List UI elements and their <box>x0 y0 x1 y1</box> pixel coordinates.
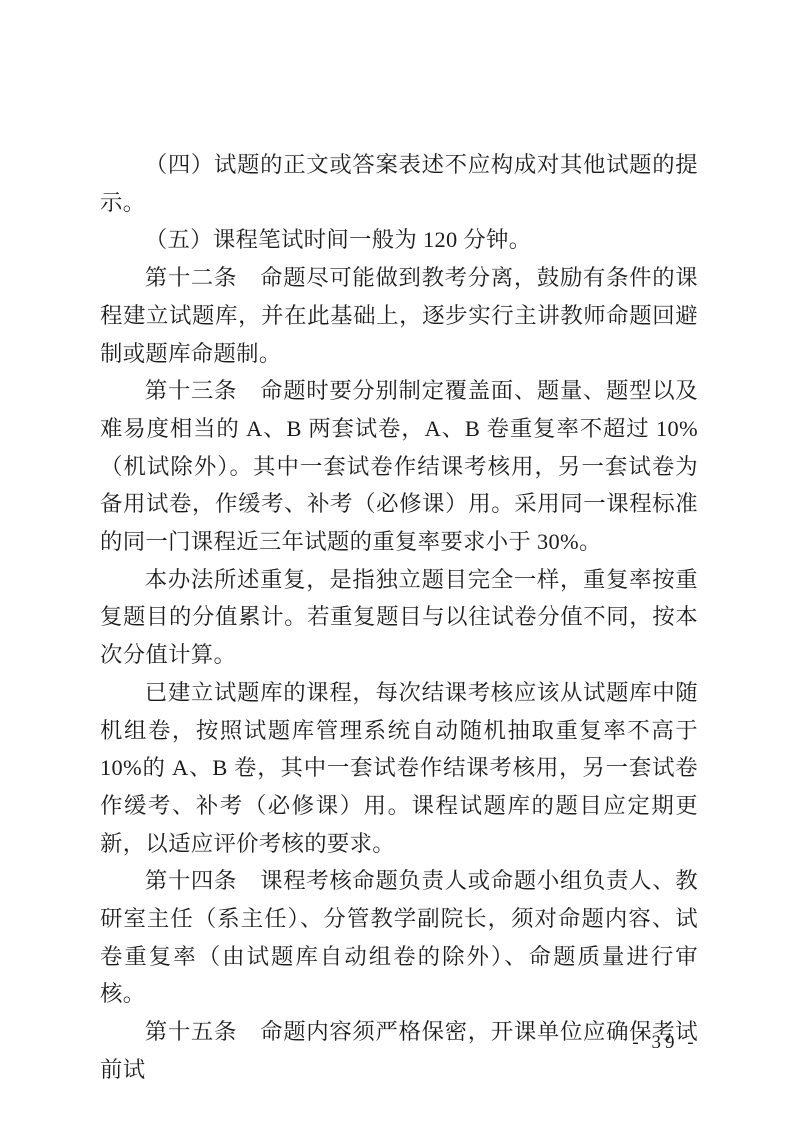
paragraph-item-4: （四）试题的正文或答案表述不应构成对其他试题的提示。 <box>100 146 698 221</box>
page-number: - 39 - <box>600 1032 730 1054</box>
paragraph-article-13: 第十三条 命题时要分别制定覆盖面、题量、题型以及难易度相当的 A、B 两套试卷，… <box>100 372 698 561</box>
paragraph-article-12: 第十二条 命题尽可能做到教考分离，鼓励有条件的课程建立试题库，并在此基础上，逐步… <box>100 259 698 372</box>
document-body: （四）试题的正文或答案表述不应构成对其他试题的提示。 （五）课程笔试时间一般为 … <box>100 146 698 1089</box>
paragraph-item-5: （五）课程笔试时间一般为 120 分钟。 <box>100 221 698 259</box>
paragraph-question-bank: 已建立试题库的课程，每次结课考核应该从试题库中随机组卷，按照试题库管理系统自动随… <box>100 674 698 863</box>
paragraph-article-14: 第十四条 课程考核命题负责人或命题小组负责人、教研室主任（系主任）、分管教学副院… <box>100 862 698 1013</box>
paragraph-repeat-definition: 本办法所述重复，是指独立题目完全一样，重复率按重复题目的分值累计。若重复题目与以… <box>100 561 698 674</box>
document-page: （四）试题的正文或答案表述不应构成对其他试题的提示。 （五）课程笔试时间一般为 … <box>0 0 793 1122</box>
